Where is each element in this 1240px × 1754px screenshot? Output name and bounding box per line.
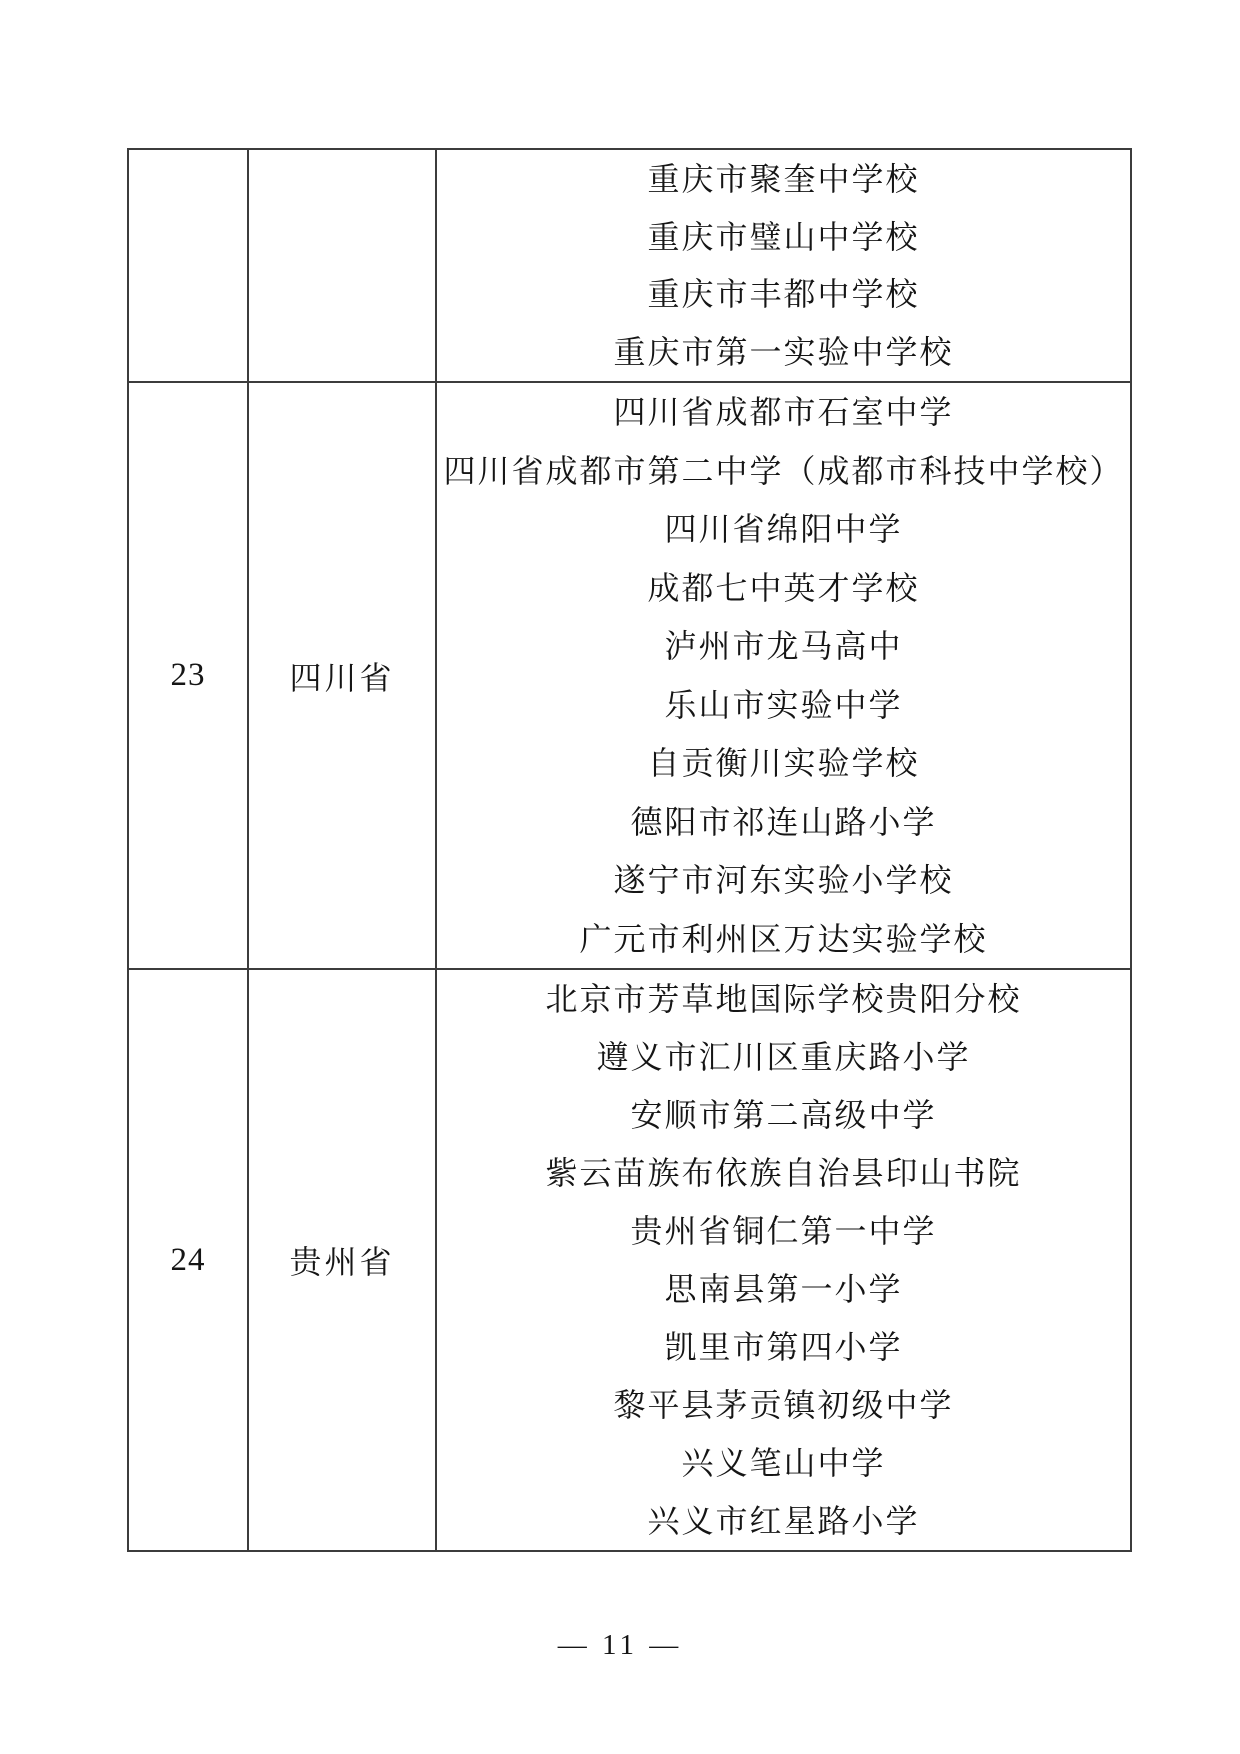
school-name: 兴义笔山中学 (437, 1447, 1130, 1479)
table-row: 23 四川省 四川省成都市石室中学 四川省成都市第二中学（成都市科技中学校） 四… (129, 383, 1130, 970)
page-number: — 11 — (0, 1624, 1240, 1666)
school-name: 兴义市红星路小学 (437, 1505, 1130, 1537)
school-list: 四川省成都市石室中学 四川省成都市第二中学（成都市科技中学校） 四川省绵阳中学 … (437, 383, 1130, 968)
school-name: 自贡衡川实验学校 (437, 747, 1130, 779)
school-name: 成都七中英才学校 (437, 572, 1130, 604)
school-list: 重庆市聚奎中学校 重庆市璧山中学校 重庆市丰都中学校 重庆市第一实验中学校 (437, 150, 1130, 381)
school-name: 紫云苗族布依族自治县印山书院 (437, 1157, 1130, 1189)
school-list: 北京市芳草地国际学校贵阳分校 遵义市汇川区重庆路小学 安顺市第二高级中学 紫云苗… (437, 970, 1130, 1550)
province-cell: 四川省 (249, 383, 437, 968)
row-number-cell: 24 (129, 970, 249, 1550)
province-cell: 贵州省 (249, 970, 437, 1550)
school-name: 四川省成都市石室中学 (437, 396, 1130, 428)
school-name: 黎平县茅贡镇初级中学 (437, 1389, 1130, 1421)
school-name: 安顺市第二高级中学 (437, 1099, 1130, 1131)
school-name: 四川省成都市第二中学（成都市科技中学校） (437, 455, 1130, 487)
school-name: 重庆市第一实验中学校 (437, 336, 1130, 368)
school-name: 广元市利州区万达实验学校 (437, 923, 1130, 955)
table-row: 重庆市聚奎中学校 重庆市璧山中学校 重庆市丰都中学校 重庆市第一实验中学校 (129, 150, 1130, 383)
school-name: 遵义市汇川区重庆路小学 (437, 1041, 1130, 1073)
row-number: 23 (171, 657, 206, 694)
school-name: 贵州省铜仁第一中学 (437, 1215, 1130, 1247)
province-name: 贵州省 (289, 1237, 394, 1283)
school-name: 德阳市祁连山路小学 (437, 806, 1130, 838)
school-name: 乐山市实验中学 (437, 689, 1130, 721)
table-row: 24 贵州省 北京市芳草地国际学校贵阳分校 遵义市汇川区重庆路小学 安顺市第二高… (129, 970, 1130, 1550)
province-name: 四川省 (289, 653, 394, 699)
school-name: 凯里市第四小学 (437, 1331, 1130, 1363)
row-number-cell (129, 150, 249, 381)
province-cell (249, 150, 437, 381)
school-name: 重庆市聚奎中学校 (437, 163, 1130, 195)
school-name: 四川省绵阳中学 (437, 513, 1130, 545)
school-name: 北京市芳草地国际学校贵阳分校 (437, 983, 1130, 1015)
school-name: 重庆市璧山中学校 (437, 221, 1130, 253)
school-name: 泸州市龙马高中 (437, 630, 1130, 662)
school-name: 思南县第一小学 (437, 1273, 1130, 1305)
row-number: 24 (171, 1242, 206, 1279)
school-list-table: 重庆市聚奎中学校 重庆市璧山中学校 重庆市丰都中学校 重庆市第一实验中学校 23… (127, 148, 1132, 1552)
school-name: 重庆市丰都中学校 (437, 278, 1130, 310)
school-name: 遂宁市河东实验小学校 (437, 864, 1130, 896)
row-number-cell: 23 (129, 383, 249, 968)
